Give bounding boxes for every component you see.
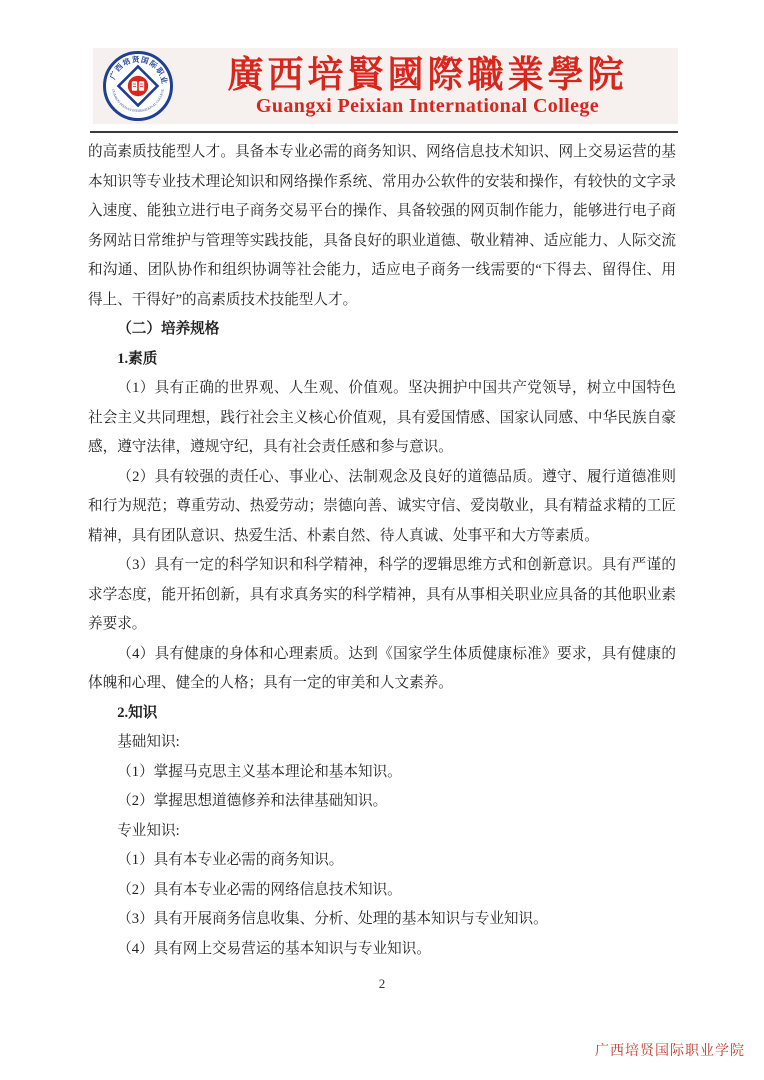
- paragraph: （2）具有较强的责任心、事业心、法制观念及良好的道德品质。遵守、履行道德准则和行…: [88, 463, 676, 552]
- paragraph: 的高素质技能型人才。具备本专业必需的商务知识、网络信息技术知识、网上交易运营的基…: [88, 138, 676, 315]
- paragraph: （3）具有开展商务信息收集、分析、处理的基本知识与专业知识。: [88, 905, 676, 935]
- college-letterhead: 广西培贤国际职业学院 GUANGXI PEIXIAN INTERNATIONAL…: [93, 48, 678, 124]
- paragraph: （4）具有健康的身体和心理素质。达到《国家学生体质健康标准》要求，具有健康的体魄…: [88, 640, 676, 699]
- paragraph: （2）掌握思想道德修养和法律基础知识。: [88, 787, 676, 817]
- paragraph: （1）具有本专业必需的商务知识。: [88, 846, 676, 876]
- footer-college-name: 广西培贤国际职业学院: [595, 1040, 745, 1060]
- paragraph: 1.素质: [88, 345, 676, 375]
- college-name-zh: 廣西培賢國際職業學院: [227, 56, 627, 93]
- header-divider: [90, 131, 678, 133]
- paragraph: （4）具有网上交易营运的基本知识与专业知识。: [88, 935, 676, 965]
- paragraph: （1）掌握马克思主义基本理论和基本知识。: [88, 758, 676, 788]
- college-titles: 廣西培賢國際職業學院 Guangxi Peixian International…: [177, 57, 678, 116]
- college-seal-logo: 广西培贤国际职业学院 GUANGXI PEIXIAN INTERNATIONAL…: [99, 50, 177, 122]
- college-name-en: Guangxi Peixian International College: [256, 96, 599, 116]
- paragraph: 专业知识:: [88, 817, 676, 847]
- paragraph: （二）培养规格: [88, 315, 676, 345]
- paragraph: 基础知识:: [88, 728, 676, 758]
- paragraph: 2.知识: [88, 699, 676, 729]
- paragraph: （1）具有正确的世界观、人生观、价值观。坚决拥护中国共产党领导，树立中国特色社会…: [88, 374, 676, 463]
- paragraph: （2）具有本专业必需的网络信息技术知识。: [88, 876, 676, 906]
- document-page: { "header": { "college_name_zh": "廣西培賢國際…: [0, 0, 764, 1080]
- page-number: 2: [0, 976, 764, 992]
- college-seal-icon: 广西培贤国际职业学院 GUANGXI PEIXIAN INTERNATIONAL…: [102, 50, 174, 122]
- paragraph: （3）具有一定的科学知识和科学精神，科学的逻辑思维方式和创新意识。具有严谨的求学…: [88, 551, 676, 640]
- document-body: 的高素质技能型人才。具备本专业必需的商务知识、网络信息技术知识、网上交易运营的基…: [88, 138, 676, 964]
